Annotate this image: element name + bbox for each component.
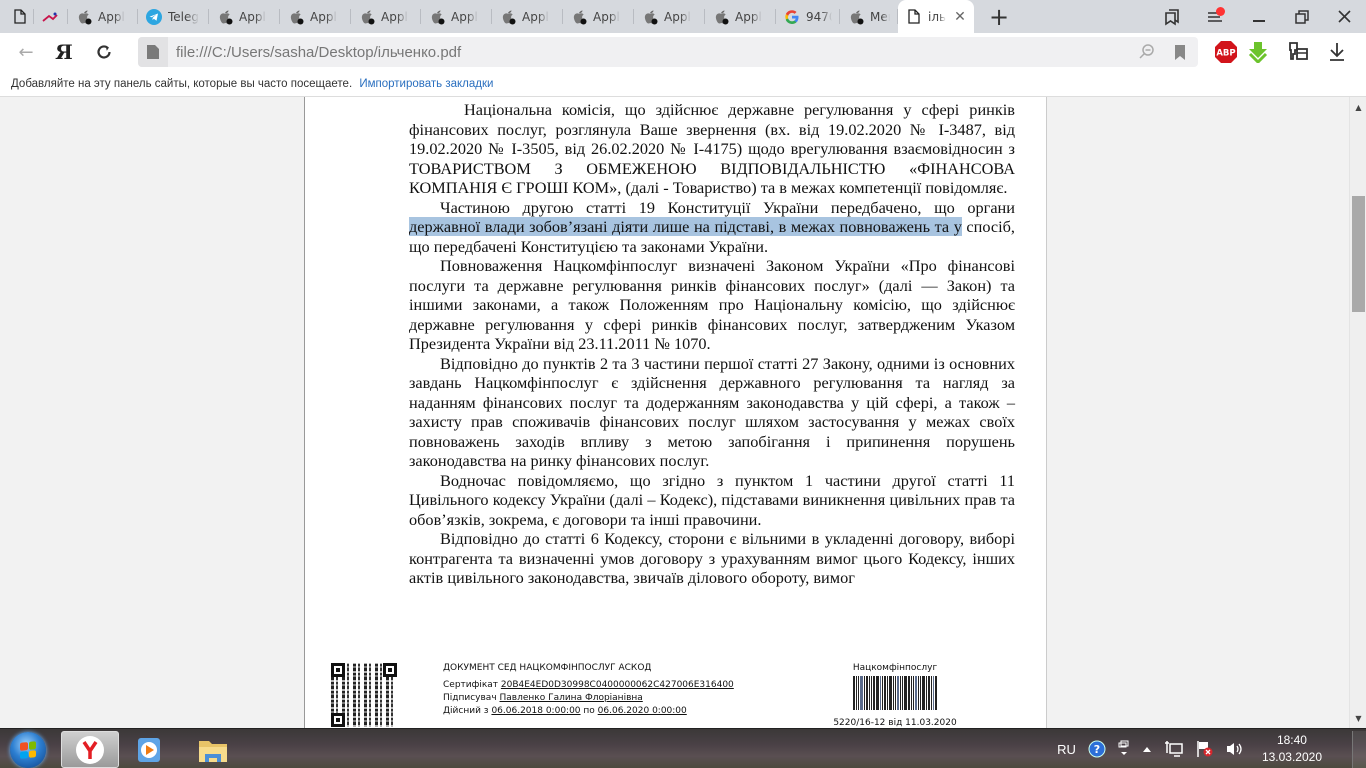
apple-icon — [571, 9, 587, 25]
paragraph-6: Відповідно до статті 6 Кодексу, сторони … — [409, 529, 1015, 588]
tab-title: Appl — [664, 10, 691, 24]
barcode-bar — [873, 676, 875, 710]
tab-title: Appl — [98, 10, 125, 24]
clock[interactable]: 18:40 13.03.2020 — [1262, 732, 1322, 766]
telegram-icon — [146, 9, 162, 25]
selected-text[interactable]: державної влади зобов’язані діяти лише н… — [409, 217, 962, 236]
password-manager-button[interactable] — [1281, 33, 1315, 71]
browser-tab[interactable]: Appl — [68, 0, 138, 33]
valid-from-value: 06.06.2018 0:00:00 — [491, 706, 580, 716]
svg-text:?: ? — [1094, 743, 1100, 756]
browser-tab[interactable] — [4, 0, 34, 33]
language-indicator[interactable]: RU — [1057, 742, 1076, 757]
barcode-bar — [915, 676, 917, 710]
chart-favicon-icon — [42, 9, 58, 25]
action-center-flag-icon[interactable] — [1196, 740, 1214, 758]
browser-tab[interactable] — [34, 0, 68, 33]
barcode-bar — [856, 676, 857, 710]
qr-code — [331, 663, 397, 727]
menu-button[interactable] — [1194, 0, 1237, 33]
tab-strip: ApplTelegApplApplApplApplApplApplApplApp… — [0, 0, 1366, 33]
reload-button[interactable] — [84, 33, 124, 71]
file-icon — [138, 37, 168, 67]
barcode-bar — [882, 676, 883, 710]
barcode-bar — [920, 676, 921, 710]
barcode-org: Нацкомфінпослуг — [827, 663, 963, 673]
show-hidden-icons-icon[interactable] — [1142, 745, 1152, 753]
barcode-bar — [880, 676, 881, 710]
barcode-bar — [935, 676, 937, 710]
browser-tab[interactable]: Мен — [840, 0, 898, 33]
reload-icon — [95, 43, 113, 61]
barcode-bar — [931, 676, 932, 710]
bookmark-icon[interactable] — [1174, 45, 1186, 60]
restore-icon — [1295, 10, 1309, 24]
tab-title: Appl — [522, 10, 549, 24]
barcode-bar — [853, 676, 855, 710]
browser-tab[interactable]: Appl — [351, 0, 421, 33]
barcode-bar — [876, 676, 879, 710]
barcode-bar — [922, 676, 925, 710]
apple-icon — [288, 9, 304, 25]
barcode-bar — [897, 676, 899, 710]
signature-title: ДОКУМЕНТ СЕД НАЦКОМФІНПОСЛУГ АСКОД — [443, 663, 734, 673]
bookmarks-bar: Добавляйте на эту панель сайты, которые … — [0, 71, 1366, 97]
apple-icon — [848, 9, 864, 25]
adblock-plus-button[interactable]: ABP — [1209, 33, 1243, 71]
notification-dot — [1216, 7, 1225, 16]
barcode-bar — [884, 676, 886, 710]
paragraph-2-start: Частиною другою статті 19 Конституції Ук… — [440, 198, 1015, 217]
browser-tab[interactable]: 9470 — [776, 0, 840, 33]
barcode-bar — [904, 676, 907, 710]
new-tab-button[interactable]: + — [984, 2, 1014, 32]
zoom-out-icon[interactable] — [1138, 43, 1156, 61]
close-window-button[interactable] — [1323, 0, 1366, 33]
paragraph-4: Відповідно до пунктів 2 та 3 частини пер… — [409, 354, 1015, 471]
browser-tab[interactable]: Appl — [421, 0, 492, 33]
tab-title: Appl — [593, 10, 620, 24]
barcode-bar — [926, 676, 927, 710]
registration-number: 5220/16-12 від 11.03.2020 — [827, 718, 963, 728]
browser-tab[interactable]: Appl — [492, 0, 563, 33]
window-controls — [1151, 0, 1366, 33]
valid-from-label: Дійсний з — [443, 706, 489, 716]
restore-button[interactable] — [1280, 0, 1323, 33]
apple-icon — [500, 9, 516, 25]
document-body: Національна комісія, що здійснює державн… — [409, 100, 1015, 588]
apple-icon — [359, 9, 375, 25]
help-icon[interactable]: ? — [1088, 740, 1106, 758]
folder-icon — [197, 736, 229, 764]
browser-tab[interactable]: Teleg — [138, 0, 209, 33]
apple-icon — [217, 9, 233, 25]
certificate-value: 20B4E4ED0D30998C0400000062C427006E316400 — [501, 680, 734, 690]
registration-barcode: Нацкомфінпослуг 5220/16-12 від 11.03.202… — [827, 663, 963, 728]
viewer-background — [0, 97, 304, 728]
tab-title: Мен — [870, 10, 890, 24]
close-tab-icon[interactable]: ✕ — [954, 9, 966, 25]
barcode-bar — [889, 676, 892, 710]
savefrom-download-icon — [1247, 41, 1269, 63]
language-bar-icon[interactable] — [1118, 740, 1130, 758]
windows-logo-icon — [10, 732, 46, 768]
barcode-bar — [866, 676, 868, 710]
barcode-bar — [928, 676, 930, 710]
barcode-bar — [911, 676, 912, 710]
time: 18:40 — [1262, 732, 1322, 749]
apple-icon — [713, 9, 729, 25]
date: 13.03.2020 — [1262, 749, 1322, 766]
certificate-label: Сертифікат — [443, 680, 498, 690]
valid-to-value: 06.06.2020 0:00:00 — [598, 706, 687, 716]
pdf-viewer: Національна комісія, що здійснює державн… — [0, 97, 1366, 728]
barcode-bar — [918, 676, 919, 710]
barcode — [845, 676, 945, 710]
barcode-bar — [858, 676, 859, 710]
system-tray: RU ? 18:40 13.03.2020 — [1057, 729, 1322, 768]
url-text[interactable]: file:///C:/Users/sasha/Desktop/ільченко.… — [176, 44, 461, 61]
tab-title: Appl — [310, 10, 337, 24]
taskbar-yandex-browser[interactable] — [61, 731, 119, 768]
downloads-icon — [1328, 42, 1346, 62]
apple-icon — [76, 9, 92, 25]
show-desktop-button[interactable] — [1352, 731, 1366, 768]
tab-title: Appl — [381, 10, 408, 24]
apple-icon — [429, 9, 445, 25]
tab-title: 9470 — [806, 10, 832, 24]
vertical-scrollbar[interactable]: ▲ ▼ — [1349, 97, 1366, 728]
yandex-browser-icon — [75, 735, 105, 765]
start-button[interactable] — [8, 731, 48, 768]
minimize-icon — [1253, 20, 1265, 22]
adblock-plus-icon: ABP — [1214, 40, 1238, 64]
tabs-overview-button[interactable] — [1151, 0, 1194, 33]
back-button[interactable]: ← — [8, 33, 44, 71]
tab-title: Teleg — [168, 10, 199, 24]
bookmarks-hint: Добавляйте на эту панель сайты, которые … — [11, 78, 352, 90]
windows-taskbar: RU ? 18:40 13.03.2020 — [0, 728, 1366, 768]
barcode-bar — [893, 676, 894, 710]
barcode-bar — [902, 676, 903, 710]
taskbar-file-explorer[interactable] — [184, 731, 242, 768]
tab-title: Appl — [451, 10, 478, 24]
taskbar-media-player[interactable] — [120, 731, 178, 768]
yandex-home-button[interactable]: Я — [44, 33, 84, 71]
browser-tab[interactable]: Appl — [209, 0, 280, 33]
signer-value: Павленко Галина Флоріанівна — [500, 693, 643, 703]
signer-row: Підписувач Павленко Галина Флоріанівна — [443, 693, 734, 703]
paragraph-2: Частиною другою статті 19 Конституції Ук… — [409, 198, 1015, 257]
electronic-signature-block: ДОКУМЕНТ СЕД НАЦКОМФІНПОСЛУГ АСКОД Серти… — [331, 663, 1031, 728]
barcode-bar — [908, 676, 910, 710]
validity-row: Дійсний з 06.06.2018 0:00:00 по 06.06.20… — [443, 706, 734, 716]
svg-text:ABP: ABP — [1216, 49, 1235, 59]
volume-icon[interactable] — [1226, 741, 1244, 757]
browser-tab[interactable]: Appl — [563, 0, 634, 33]
tab-title: іль — [928, 10, 946, 24]
barcode-bar — [933, 676, 934, 710]
browser-toolbar: ← Я file:///C:/Users/sasha/Desktop/ільче… — [0, 33, 1366, 71]
barcode-bar — [864, 676, 865, 710]
document-icon — [12, 9, 28, 25]
downloads-button[interactable] — [1320, 33, 1354, 71]
scroll-down-arrow-icon[interactable]: ▼ — [1350, 710, 1366, 726]
document-icon — [906, 9, 922, 25]
valid-to-label: по — [583, 706, 594, 716]
savefrom-button[interactable] — [1241, 33, 1275, 71]
media-player-icon — [136, 736, 162, 764]
barcode-bar — [860, 676, 863, 710]
browser-tab[interactable]: Appl — [280, 0, 351, 33]
paragraph-1: Національна комісія, що здійснює державн… — [409, 100, 1015, 198]
browser-tab[interactable]: Appl — [634, 0, 705, 33]
paragraph-5: Водночас повідомляємо, що згідно з пункт… — [409, 471, 1015, 530]
screen: ApplTelegApplApplApplApplApplApplApplApp… — [0, 0, 1366, 768]
bookmark-tabs-icon — [1164, 8, 1182, 26]
close-icon — [1338, 10, 1351, 23]
network-icon[interactable] — [1164, 740, 1184, 758]
apple-icon — [642, 9, 658, 25]
barcode-bar — [869, 676, 870, 710]
minimize-button[interactable] — [1237, 0, 1280, 33]
browser-tab[interactable]: Appl — [705, 0, 776, 33]
barcode-bar — [900, 676, 901, 710]
tab-title: Appl — [735, 10, 762, 24]
scrollbar-thumb[interactable] — [1352, 196, 1365, 312]
signer-label: Підписувач — [443, 693, 497, 703]
signature-details: ДОКУМЕНТ СЕД НАЦКОМФІНПОСЛУГ АСКОД Серти… — [443, 663, 734, 716]
import-bookmarks-link[interactable]: Импортировать закладки — [359, 78, 493, 90]
address-bar[interactable]: file:///C:/Users/sasha/Desktop/ільченко.… — [138, 37, 1198, 67]
scroll-up-arrow-icon[interactable]: ▲ — [1350, 99, 1366, 115]
paragraph-3: Повноваження Нацкомфінпослуг визначені З… — [409, 256, 1015, 354]
barcode-bar — [913, 676, 914, 710]
google-icon — [784, 9, 800, 25]
barcode-bar — [887, 676, 888, 710]
browser-tab-active[interactable]: іль✕ — [898, 0, 974, 33]
certificate-row: Сертифікат 20B4E4ED0D30998C0400000062C42… — [443, 680, 734, 690]
barcode-bar — [871, 676, 872, 710]
tab-title: Appl — [239, 10, 266, 24]
password-manager-icon — [1287, 41, 1309, 63]
pdf-page: Національна комісія, що здійснює державн… — [304, 97, 1047, 728]
barcode-bar — [895, 676, 896, 710]
